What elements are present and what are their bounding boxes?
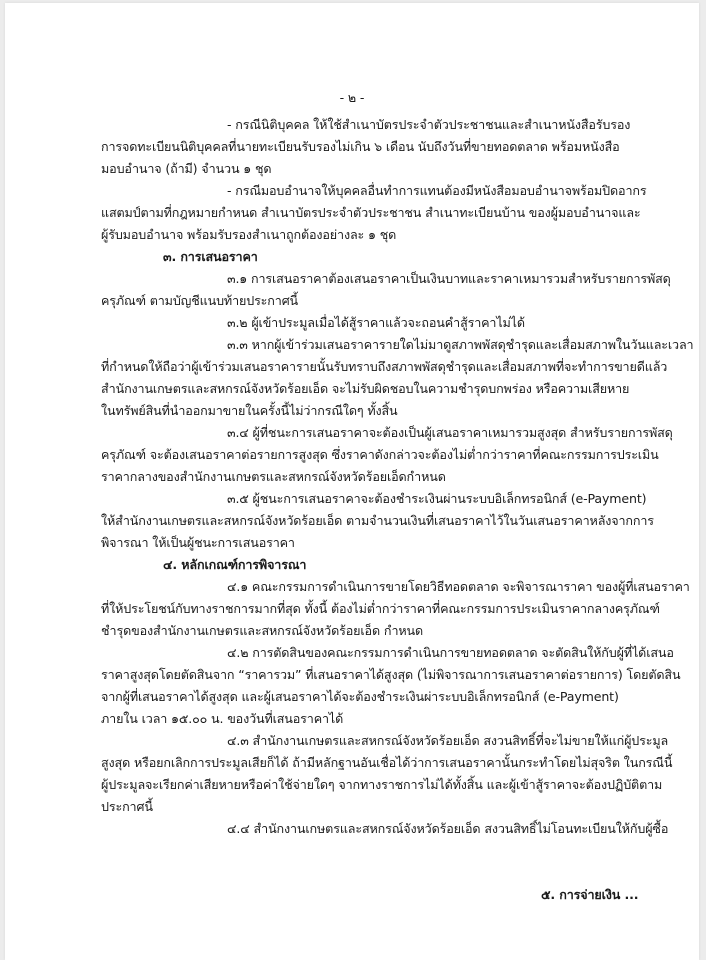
paragraph-line: ผู้ประมูลจะเรียกค่าเสียหายหรือค่าใช้จ่าย… [101,775,662,795]
paragraph-line: พิจารณา ให้เป็นผู้ชนะการเสนอราคา [101,533,295,553]
paragraph-line: ประกาศนี้ [101,797,153,817]
paragraph-line: ๔.๔ สำนักงานเกษตรและสหกรณ์จังหวัดร้อยเอ็… [227,819,668,839]
paragraph-line: ๔.๒ การตัดสินของคณะกรรมการดำเนินการขายทอ… [227,643,674,663]
paragraph-line: ๓.๑ การเสนอราคาต้องเสนอราคาเป็นเงินบาทแล… [227,269,671,289]
paragraph-line: ครุภัณฑ์ ตามบัญชีแนบท้ายประกาศนี้ [101,291,298,311]
continuation-marker: ๕. การจ่ายเงิน ... [541,885,638,905]
paragraph-line: สูงสุด หรือยกเลิกการประมูลเสียก็ได้ ถ้าม… [101,753,672,773]
paragraph-line: ชำรุดของสำนักงานเกษตรและสหกรณ์จังหวัดร้อ… [101,621,423,641]
paragraph-line: ในทรัพย์สินที่นำออกมาขายในครั้งนี้ไม่ว่า… [101,401,398,421]
paragraph-line: ๓.๓ หากผู้เข้าร่วมเสนอราคารายใดไม่มาดูสภ… [227,335,693,355]
paragraph-line: - กรณีนิติบุคคล ให้ใช้สำเนาบัตรประจำตัวป… [227,115,630,135]
paragraph-line: สำนักงานเกษตรและสหกรณ์จังหวัดร้อยเอ็ด จะ… [101,379,629,399]
document-page: - ๒ - - กรณีนิติบุคคล ให้ใช้สำเนาบัตรประ… [5,3,699,960]
section-heading: ๔. หลักเกณฑ์การพิจารณา [163,555,306,575]
paragraph-line: ๓.๕ ผู้ชนะการเสนอราคาจะต้องชำระเงินผ่านร… [227,489,646,509]
paragraph-line: ๔.๓ สำนักงานเกษตรและสหกรณ์จังหวัดร้อยเอ็… [227,731,668,751]
paragraph-line: แสตมป์ตามที่กฎหมายกำหนด สำเนาบัตรประจำตั… [101,203,641,223]
paragraph-line: ภายใน เวลา ๑๕.๐๐ น. ของวันที่เสนอราคาได้ [101,709,343,729]
paragraph-line: มอบอำนาจ (ถ้ามี) จำนวน ๑ ชุด [101,159,271,179]
paragraph-line: ที่กำหนดให้ถือว่าผู้เข้าร่วมเสนอราคารายน… [101,357,667,377]
section-heading: ๓. การเสนอราคา [163,247,258,267]
paragraph-line: - กรณีมอบอำนาจให้บุคคลอื่นทำการแทนต้องมี… [227,181,646,201]
paragraph-line: ราคาสูงสุดโดยตัดสินจาก “ราคารวม” ที่เสนอ… [101,665,680,685]
paragraph-line: ๔.๑ คณะกรรมการดำเนินการขายโดยวิธีทอดตลาด… [227,577,690,597]
paragraph-line: จากผู้ที่เสนอราคาได้สูงสุด และผู้เสนอราค… [101,687,619,707]
paragraph-line: ผู้รับมอบอำนาจ พร้อมรับรองสำเนาถูกต้องอย… [101,225,396,245]
paragraph-line: ๓.๒ ผู้เข้าประมูลเมื่อได้สู้ราคาแล้วจะถอ… [227,313,525,333]
paragraph-line: ๓.๔ ผู้ที่ชนะการเสนอราคาจะต้องเป็นผู้เสน… [227,423,673,443]
paragraph-line: การจดทะเบียนนิติบุคคลที่นายทะเบียนรับรอง… [101,137,620,157]
paragraph-line: ที่ให้ประโยชน์กับทางราชการมากที่สุด ทั้ง… [101,599,660,619]
paragraph-line: ให้สำนักงานเกษตรและสหกรณ์จังหวัดร้อยเอ็ด… [101,511,654,531]
paragraph-line: ครุภัณฑ์ จะต้องเสนอราคาต่อรายการสูงสุด ซ… [101,445,659,465]
paragraph-line: ราคากลางของสำนักงานเกษตรและสหกรณ์จังหวัด… [101,467,446,487]
page-number: - ๒ - [5,88,699,108]
